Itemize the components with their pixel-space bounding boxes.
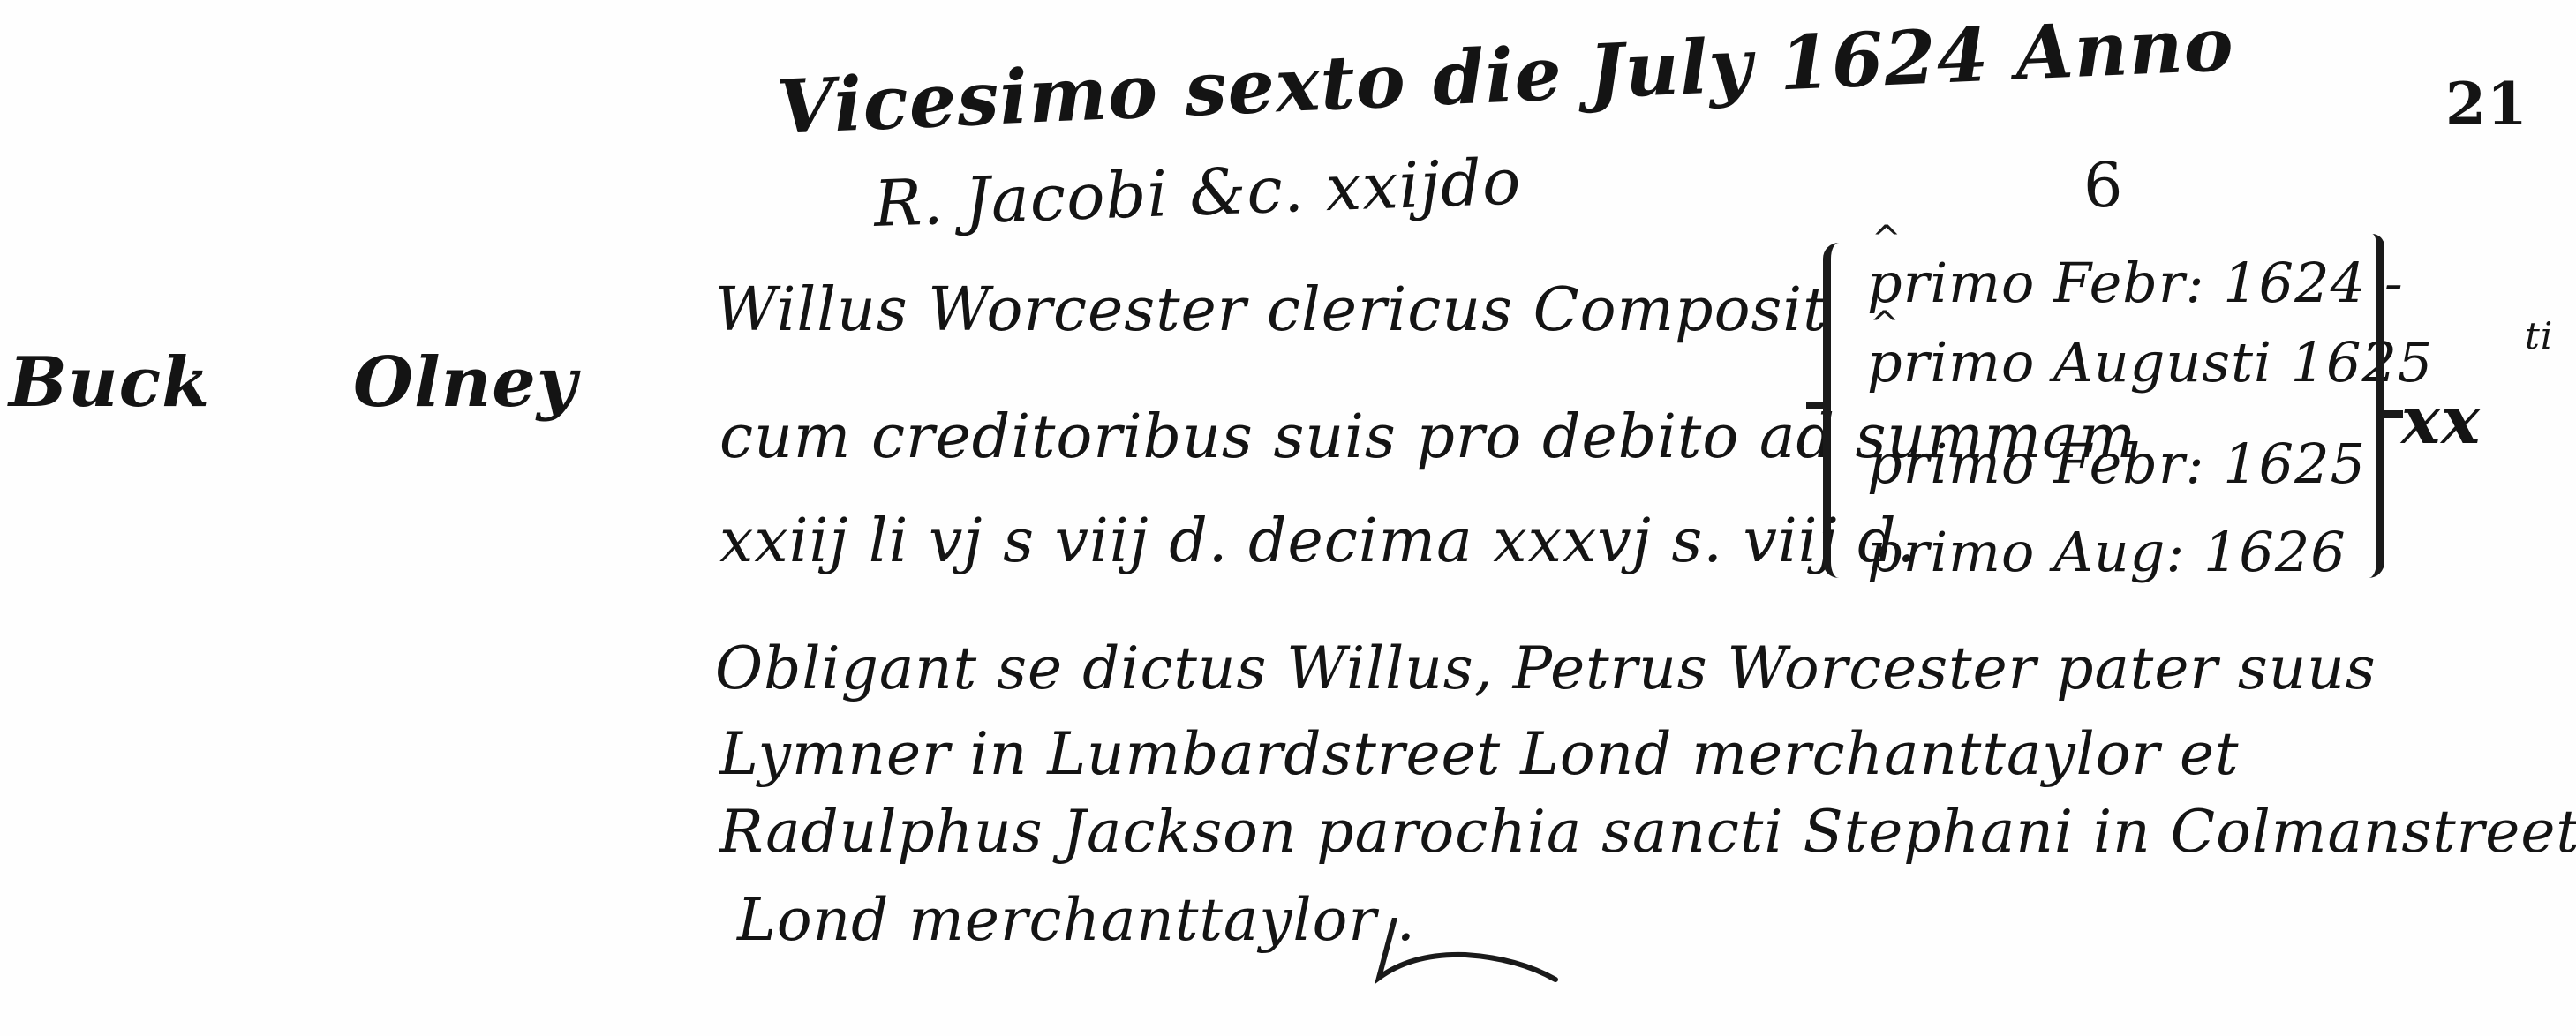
schedule-item-1: primo Febr: 1624 - xyxy=(1867,256,2404,311)
schedule-item-2: primo Augusti 1625 xyxy=(1867,335,2433,390)
obligation-line-4: Lond merchanttaylor . xyxy=(737,891,1416,950)
obligation-line-1: Obligant se dictus Willus, Petrus Worces… xyxy=(715,640,2376,698)
schedule-amount-superscript: ti xyxy=(2525,318,2553,355)
schedule-amount: xx xyxy=(2401,388,2481,454)
schedule-bracket-left xyxy=(1823,243,1854,578)
schedule-item-3: primo Febr: 1625 xyxy=(1867,437,2366,492)
entry-line-1: Willus Worcester clericus Composit xyxy=(715,281,1828,341)
manuscript-page: Vicesimo sexto die July 1624 Anno R. Jac… xyxy=(0,0,2576,1036)
closing-flourish-icon xyxy=(1360,918,1563,988)
date-heading-line-2: R. Jacobi &c. xxijdo xyxy=(873,149,1523,236)
obligation-line-3: Radulphus Jackson parochia sancti Stepha… xyxy=(719,803,2576,861)
margin-place: Olney xyxy=(353,349,577,417)
entry-line-3: xxiij li vj s viij d. decima xxxvj s. vi… xyxy=(719,512,1917,572)
margin-county: Buck xyxy=(9,349,210,417)
roll-number: 6 xyxy=(2083,154,2124,216)
date-heading-line-1: Vicesimo sexto die July 1624 Anno xyxy=(775,7,2235,145)
schedule-item-4: primo Aug: 1626 xyxy=(1867,525,2346,580)
obligation-line-2: Lymner in Lumbardstreet Lond merchanttay… xyxy=(719,725,2240,784)
schedule-bracket-right xyxy=(2357,234,2384,578)
folio-number: 21 xyxy=(2445,75,2528,133)
